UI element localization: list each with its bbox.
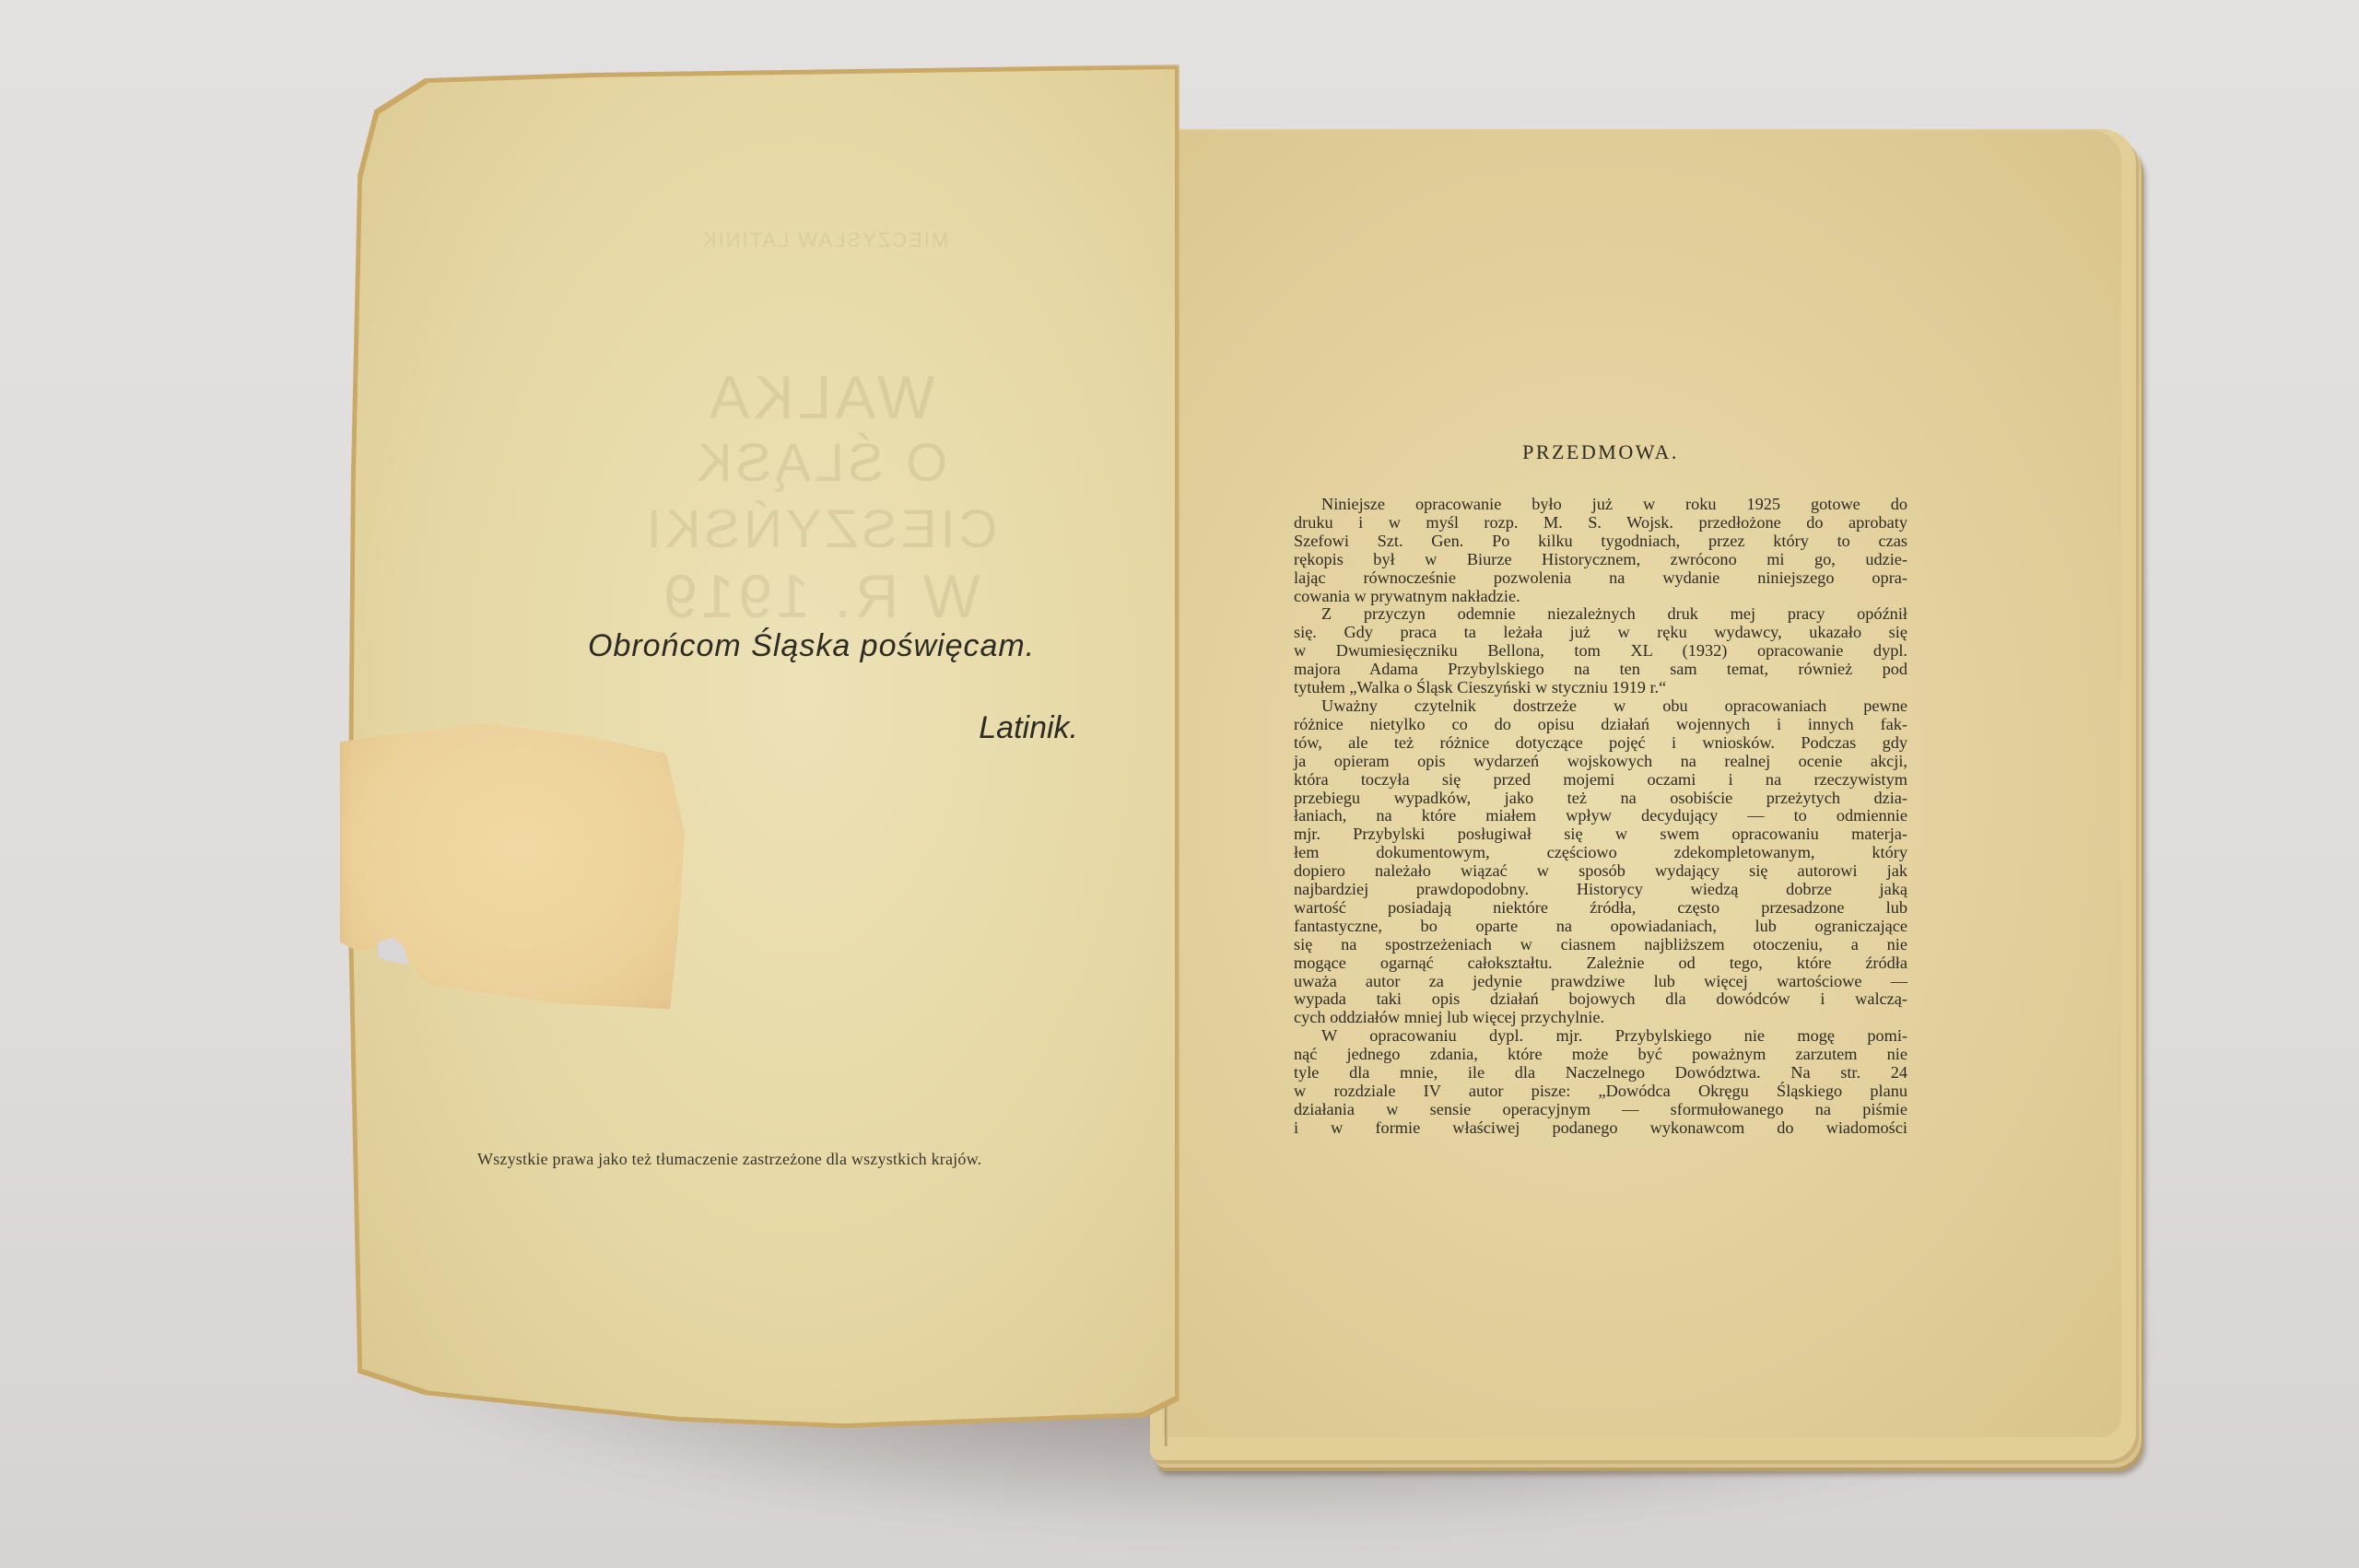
- preface-body: Niniejsze opracowanie było już w roku 19…: [1294, 496, 1907, 1138]
- author-signature: Latinik.: [921, 710, 1078, 746]
- open-book: MIECZYSŁAW LATINIK WALKA O ŚLĄSK CIESZYŃ…: [0, 0, 2359, 1568]
- dedication-text: Obrońcom Śląska poświęcam.: [588, 628, 1035, 664]
- preface-section: PRZEDMOWA. Niniejsze opracowanie było ju…: [1294, 440, 1907, 1138]
- preface-line: która toczyła się przed mojemi oczami i …: [1294, 771, 1907, 790]
- preface-line: się na spostrzeżeniach w ciasnem najbliż…: [1294, 936, 1907, 954]
- preface-line: cych oddziałów mniej lub więcej przychyl…: [1294, 1009, 1907, 1027]
- preface-line: rękopis był w Biurze Historycznem, zwróc…: [1294, 551, 1907, 569]
- preface-line: fantastyczne, bo oparte na opowiadaniach…: [1294, 918, 1907, 936]
- preface-line: nąć jednego zdania, które może być poważ…: [1294, 1046, 1907, 1064]
- preface-line: wypada taki opis działań bojowych dla do…: [1294, 990, 1907, 1009]
- copyright-notice: Wszystkie prawa jako też tłumaczenie zas…: [477, 1150, 1104, 1169]
- preface-line: ja opieram opis wydarzeń wojskowych na r…: [1294, 753, 1907, 771]
- preface-line: tytułem „Walka o Śląsk Cieszyński w styc…: [1294, 679, 1907, 697]
- preface-line: przebiegu wypadków, jako też na osobiści…: [1294, 790, 1907, 808]
- preface-paragraph: Uważny czytelnik dostrzeże w obu opracow…: [1294, 697, 1907, 1027]
- preface-line: w Dwumiesięczniku Bellona, tom XL (1932)…: [1294, 642, 1907, 661]
- preface-line: druku i w myśl rozp. M. S. Wojsk. przedł…: [1294, 514, 1907, 532]
- preface-line: wartość posiadają niektóre źródła, częst…: [1294, 899, 1907, 918]
- preface-line: w rozdziale IV autor pisze: „Dowódca Okr…: [1294, 1082, 1907, 1101]
- show-through-line: WALKA: [608, 364, 1032, 430]
- show-through-line: O ŚLĄSK CIESZYŃSKI: [608, 430, 1032, 563]
- preface-line: Niniejsze opracowanie było już w roku 19…: [1294, 496, 1907, 514]
- preface-line: Z przyczyn odemnie niezależnych druk mej…: [1294, 605, 1907, 624]
- preface-line: i w formie właściwej podanego wykonawcom…: [1294, 1119, 1907, 1138]
- preface-line: najbardziej prawdopodobny. Historycy wie…: [1294, 881, 1907, 899]
- preface-paragraph: Z przyczyn odemnie niezależnych druk mej…: [1294, 605, 1907, 697]
- preface-line: tyle dla mnie, ile dla Naczelnego Dowódz…: [1294, 1064, 1907, 1082]
- preface-line: mogące ogarnąć całokształtu. Zależnie od…: [1294, 954, 1907, 973]
- show-through-title: WALKA O ŚLĄSK CIESZYŃSKI W R. 1919: [608, 364, 1032, 629]
- preface-line: dopiero należało wiązać w sposób wydając…: [1294, 862, 1907, 881]
- preface-line: cowania w prywatnym nakładzie.: [1294, 588, 1907, 606]
- preface-line: majora Adama Przybylskiego na ten sam te…: [1294, 661, 1907, 679]
- preface-line: tów, ale też różnice dotyczące pojęć i w…: [1294, 734, 1907, 753]
- preface-line: się. Gdy praca ta leżała już w ręku wyda…: [1294, 624, 1907, 642]
- show-through-line: W R. 1919: [608, 563, 1032, 629]
- preface-paragraph: W opracowaniu dypl. mjr. Przybylskiego n…: [1294, 1027, 1907, 1137]
- preface-line: W opracowaniu dypl. mjr. Przybylskiego n…: [1294, 1027, 1907, 1046]
- preface-line: uważa autor za jedynie prawdziwe lub wię…: [1294, 973, 1907, 991]
- preface-line: mjr. Przybylski posługiwał się w swem op…: [1294, 825, 1907, 844]
- preface-title: PRZEDMOWA.: [1294, 440, 1907, 464]
- preface-line: lając równocześnie pozwolenia na wydanie…: [1294, 569, 1907, 588]
- preface-paragraph: Niniejsze opracowanie było już w roku 19…: [1294, 496, 1907, 605]
- show-through-author: MIECZYSŁAW LATINIK: [645, 228, 1004, 252]
- preface-line: działania w sensie operacyjnym — sformuł…: [1294, 1101, 1907, 1119]
- preface-line: łem dokumentowym, częściowo zdekompletow…: [1294, 844, 1907, 862]
- preface-line: Uważny czytelnik dostrzeże w obu opracow…: [1294, 697, 1907, 716]
- preface-line: różnice nietylko co do opisu działań woj…: [1294, 716, 1907, 734]
- preface-line: łaniach, na które miałem wpływ decydując…: [1294, 807, 1907, 825]
- preface-line: Szefowi Szt. Gen. Po kilku tygodniach, p…: [1294, 532, 1907, 551]
